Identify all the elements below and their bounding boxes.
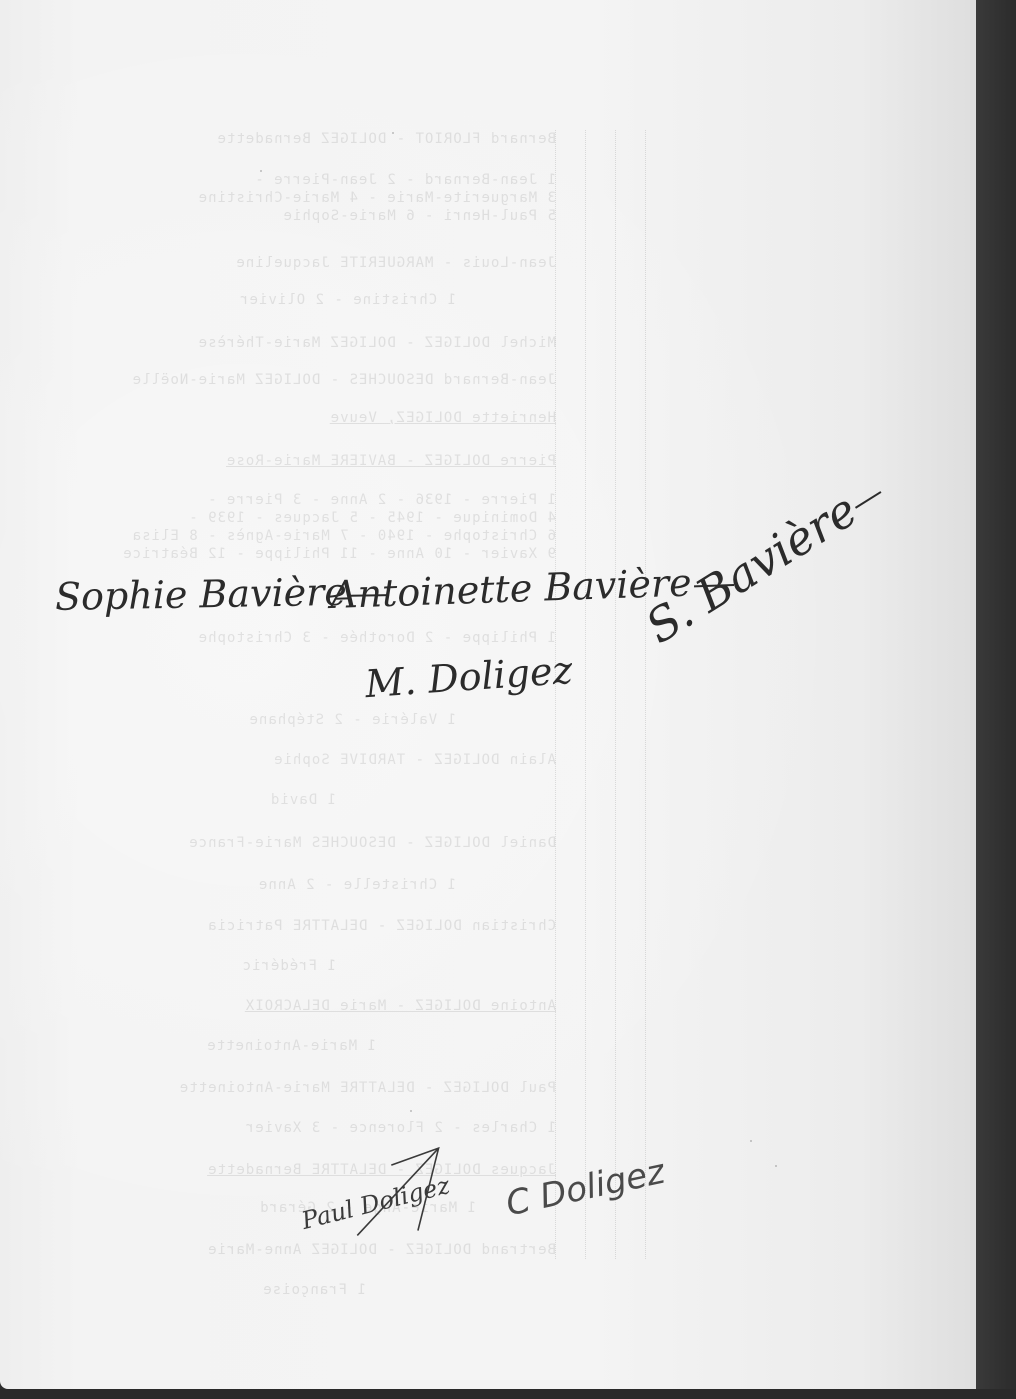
signature-text: Sophie Bavière <box>55 570 348 619</box>
bleed-line: 1 Charles - 2 Florence - 3 Xavier <box>245 1120 556 1136</box>
bleed-line: Pierre DOLIGEZ - BAVIERE Marie-Rose <box>226 453 556 469</box>
bleed-line: 1 Christelle - 2 Anne <box>258 877 456 893</box>
bleed-line: 1 Philippe - 2 Dorothée - 3 Christophe <box>198 630 556 646</box>
bleed-line: Daniel DOLIGEZ - DESOUCHES Marie-France <box>188 835 556 851</box>
bleed-line: Christian DOLIGEZ - DELATTRE Patricia <box>207 918 556 934</box>
signature-text: M. Doligez <box>364 648 574 706</box>
bleed-line: 1 Frédéric <box>242 958 336 974</box>
scanner-border-right <box>976 0 1016 1399</box>
bleed-line: 1 Marie-Antoinette <box>206 1038 376 1054</box>
signature-text: C Doligez <box>503 1152 669 1225</box>
bleed-line: Antoine DOLIGEZ - Marie DELACROIX <box>245 998 556 1014</box>
bleed-line: 1 Jean-Bernard - 2 Jean-Pierre - <box>254 172 556 188</box>
bleed-line: Bernard FLORIOT - DOLIGEZ Bernadette <box>217 131 556 147</box>
bleed-line: 1 Christine - 2 Olivier <box>239 292 456 308</box>
bleed-line: 6 Christophe - 1940 - 7 Marie-Agnès - 8 … <box>132 528 556 544</box>
bleed-line: 5 Paul-Henri - 6 Marie-Sophie <box>283 208 556 224</box>
bleed-line: Henriette DOLIGEZ, Veuve <box>330 410 556 426</box>
bleed-line: 9 Xavier - 10 Anne - 11 Philippe - 12 Bé… <box>122 546 556 562</box>
signature-flourish <box>855 491 882 509</box>
bleed-line: Michel DOLIGEZ - DOLIGEZ Marie-Thérèse <box>198 335 556 351</box>
bleed-line: Jean-Louis - MARGUERITE Jacqueline <box>235 255 556 271</box>
signature-s-baviere: S. Bavière <box>636 465 893 654</box>
bleed-line: 1 Françoise <box>262 1282 366 1298</box>
signature-m-doligez: M. Doligez <box>364 648 574 706</box>
signature-c-doligez: C Doligez <box>503 1152 669 1225</box>
bleed-line: Alain DOLIGEZ - TARDIVE Sophie <box>273 752 556 768</box>
bleed-line: 1 Pierre - 1936 - 2 Anne - 3 Pierre - <box>207 492 556 508</box>
bleed-line: 4 Dominique - 1945 - 5 Jacques - 1939 - <box>188 510 556 526</box>
signature-paul-doligez: Paul Doligez <box>299 1172 452 1234</box>
bleed-line: 3 Marguerite-Marie - 4 Marie-Christine <box>198 190 556 206</box>
bleed-line: 1 David <box>270 792 336 808</box>
bleed-line: Jean-Bernard DESOUCHES - DOLIGEZ Marie-N… <box>132 372 556 388</box>
signature-strike-flourish <box>331 1141 469 1257</box>
bleed-line: Paul DOLIGEZ - DELATTRE Marie-Antoinette <box>179 1080 556 1096</box>
bleed-line: 1 Valérie - 2 Stéphane <box>249 712 456 728</box>
scanner-border-bottom <box>0 1389 1016 1399</box>
scanned-page: Bernard FLORIOT - DOLIGEZ Bernadette 1 J… <box>0 0 976 1389</box>
